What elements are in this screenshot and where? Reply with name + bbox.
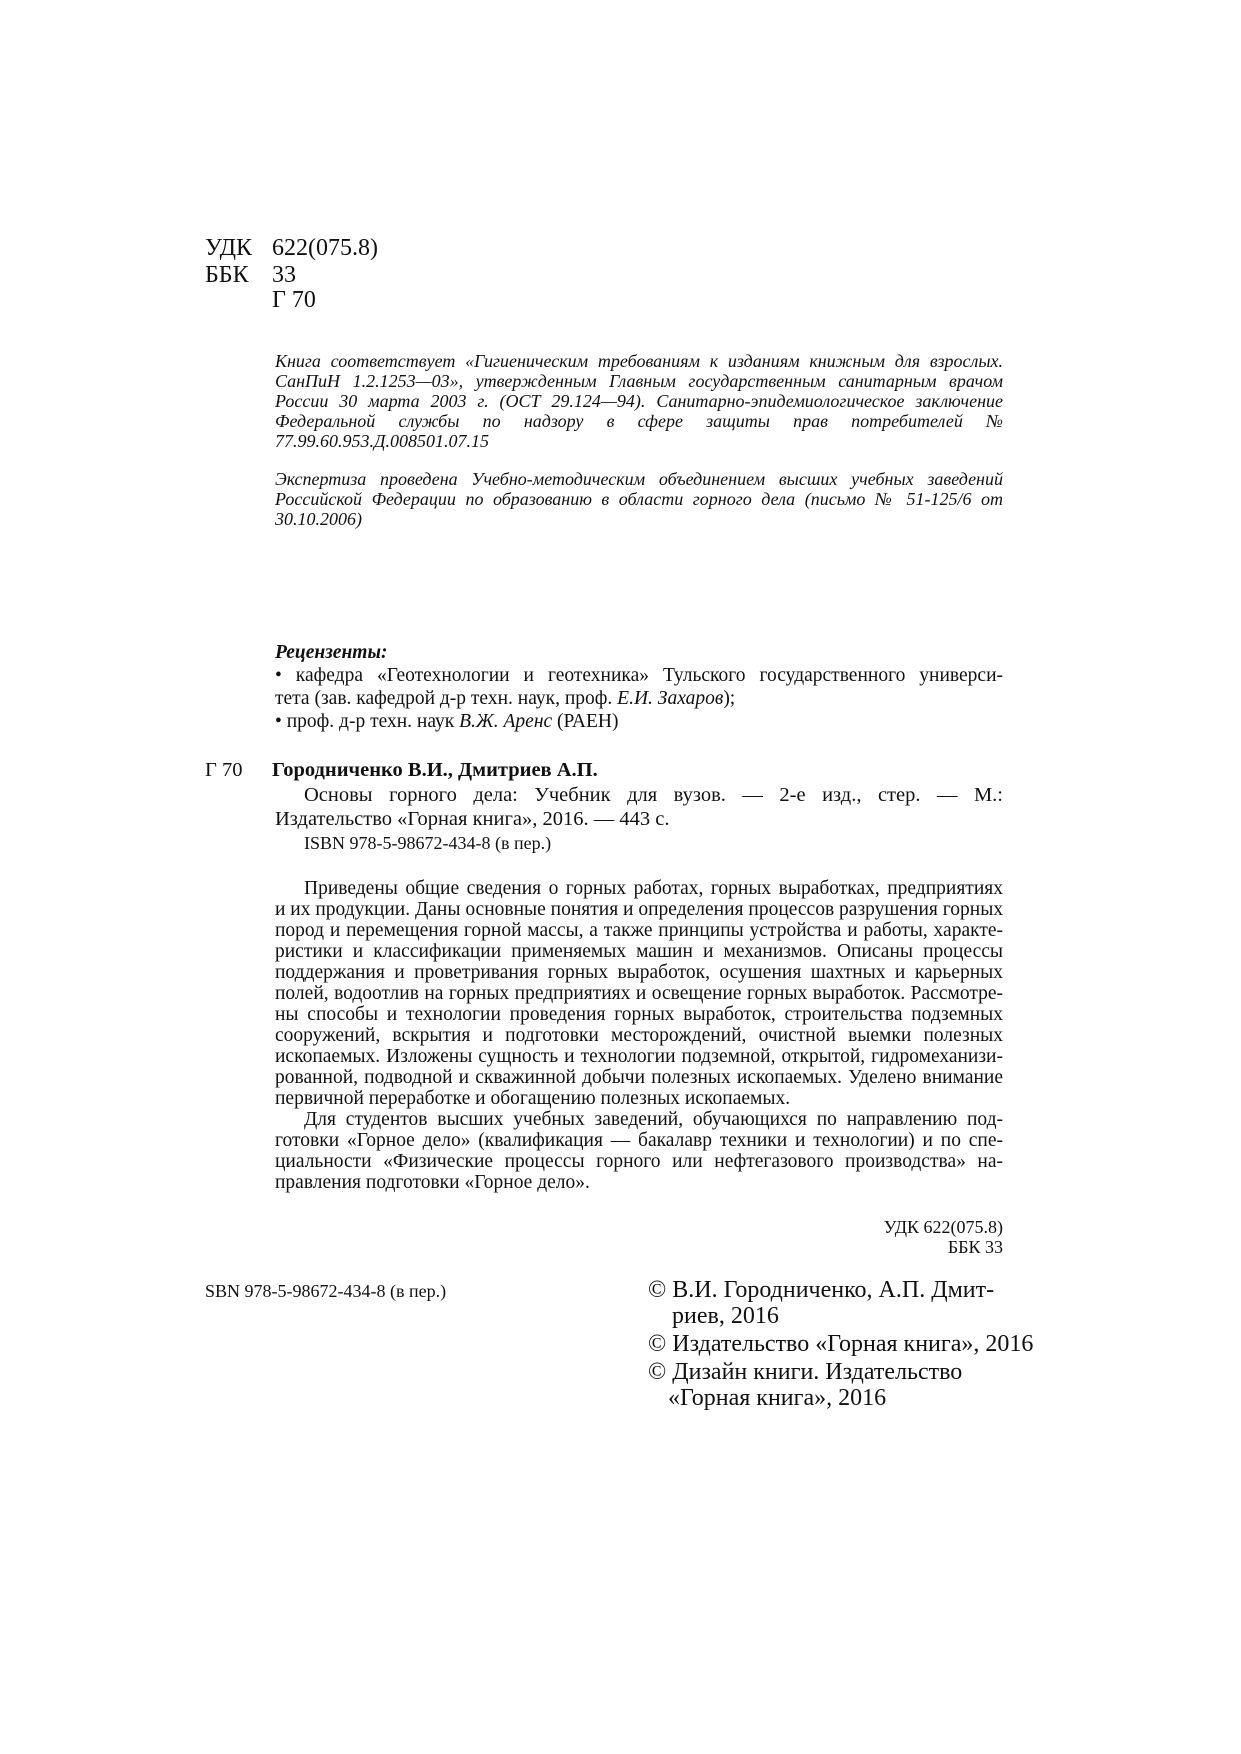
udk-label: УДК	[205, 236, 252, 260]
annotation-line: поддержания и проветривания горных выраб…	[275, 963, 1003, 983]
hygiene-line: России 30 марта 2003 г. (ОСТ 29.124—94).…	[275, 392, 1003, 410]
reviewer-affiliation: тета (зав. кафедрой д-р техн. наук, проф…	[275, 688, 617, 709]
author-mark: Г 70	[205, 760, 242, 781]
annotation-line: ископаемых. Изложены сущность и технолог…	[275, 1047, 1003, 1067]
hygiene-line: Книга соответствует «Гигиеническим требо…	[275, 352, 1003, 370]
reviewer-title: • проф. д-р техн. наук	[275, 711, 459, 732]
copyright-line: риев, 2016	[672, 1304, 779, 1328]
authors: Городниченко В.И., Дмитриев А.П.	[272, 760, 598, 781]
book-title-line: Основы горного дела: Учебник для вузов. …	[304, 785, 1003, 806]
hygiene-line: Федеральной службы по надзору в сфере за…	[275, 412, 1003, 430]
footer-isbn: SBN 978-5-98672-434-8 (в пер.)	[205, 1282, 446, 1300]
reviewer-org: (РАЕН)	[552, 711, 618, 732]
annotation-line: пород и перемещения горной массы, а такж…	[275, 921, 1003, 941]
author-mark: Г 70	[272, 288, 316, 312]
udk-value: 622(075.8)	[272, 236, 378, 260]
annotation-line: готовки «Горное дело» (квалификация — ба…	[275, 1131, 1003, 1151]
expertise-line: Экспертиза проведена Учебно-методическим…	[275, 470, 1003, 488]
copyright-line: © Издательство «Горная книга», 2016	[648, 1332, 1033, 1356]
copyright-line: © Дизайн книги. Издательство	[648, 1360, 962, 1384]
annotation-line: полей, водоотлив на горных предприятиях …	[275, 984, 1003, 1004]
reviewers-heading: Рецензенты:	[275, 643, 387, 663]
isbn: ISBN 978-5-98672-434-8 (в пер.)	[304, 834, 551, 852]
annotation-line: Приведены общие сведения о горных работа…	[304, 879, 1003, 899]
reviewer-line: • кафедра «Геотехнологии и геотехника» Т…	[275, 666, 1003, 686]
copyright-line: «Горная книга», 2016	[668, 1386, 886, 1410]
annotation-line: рованной, подводной и скважинной добычи …	[275, 1068, 1003, 1088]
book-title-line: Издательство «Горная книга», 2016. — 443…	[275, 809, 669, 830]
annotation-line: ристики и классификации применяемых маши…	[275, 942, 1003, 962]
bbk-label: ББК	[205, 263, 249, 287]
udk-code: УДК 622(075.8)	[884, 1218, 1003, 1236]
annotation-line: и их продукции. Даны основные понятия и …	[275, 900, 1003, 920]
hygiene-line: 77.99.60.953.Д.008501.07.15	[275, 432, 489, 450]
reviewer-name: Е.И. Захаров	[617, 688, 723, 709]
annotation-line: сооружений, вскрытия и подготовки местор…	[275, 1026, 1003, 1046]
annotation-line: циальности «Физические процессы горного …	[275, 1152, 1003, 1172]
bbk-value: 33	[272, 263, 296, 287]
expertise-line: Российской Федерации по образованию в об…	[275, 490, 1003, 508]
reviewer-name: В.Ж. Аренс	[459, 711, 552, 732]
expertise-line: 30.10.2006)	[275, 510, 362, 528]
annotation-line: первичной переработке и обогащению полез…	[275, 1089, 790, 1109]
annotation-line: ны способы и технологии проведения горны…	[275, 1005, 1003, 1025]
reviewer-line: тета (зав. кафедрой д-р техн. наук, проф…	[275, 689, 735, 709]
copyright-line: © В.И. Городниченко, А.П. Дмит-	[648, 1278, 994, 1302]
reviewer-line: • проф. д-р техн. наук В.Ж. Аренс (РАЕН)	[275, 712, 618, 732]
annotation-line: правления подготовки «Горное дело».	[275, 1173, 590, 1193]
reviewer-punct: );	[723, 688, 735, 709]
hygiene-line: СанПиН 1.2.1253—03», утвержденным Главны…	[275, 372, 1003, 390]
bbk-code: ББК 33	[948, 1238, 1003, 1256]
annotation-line: Для студентов высших учебных заведений, …	[304, 1110, 1003, 1130]
